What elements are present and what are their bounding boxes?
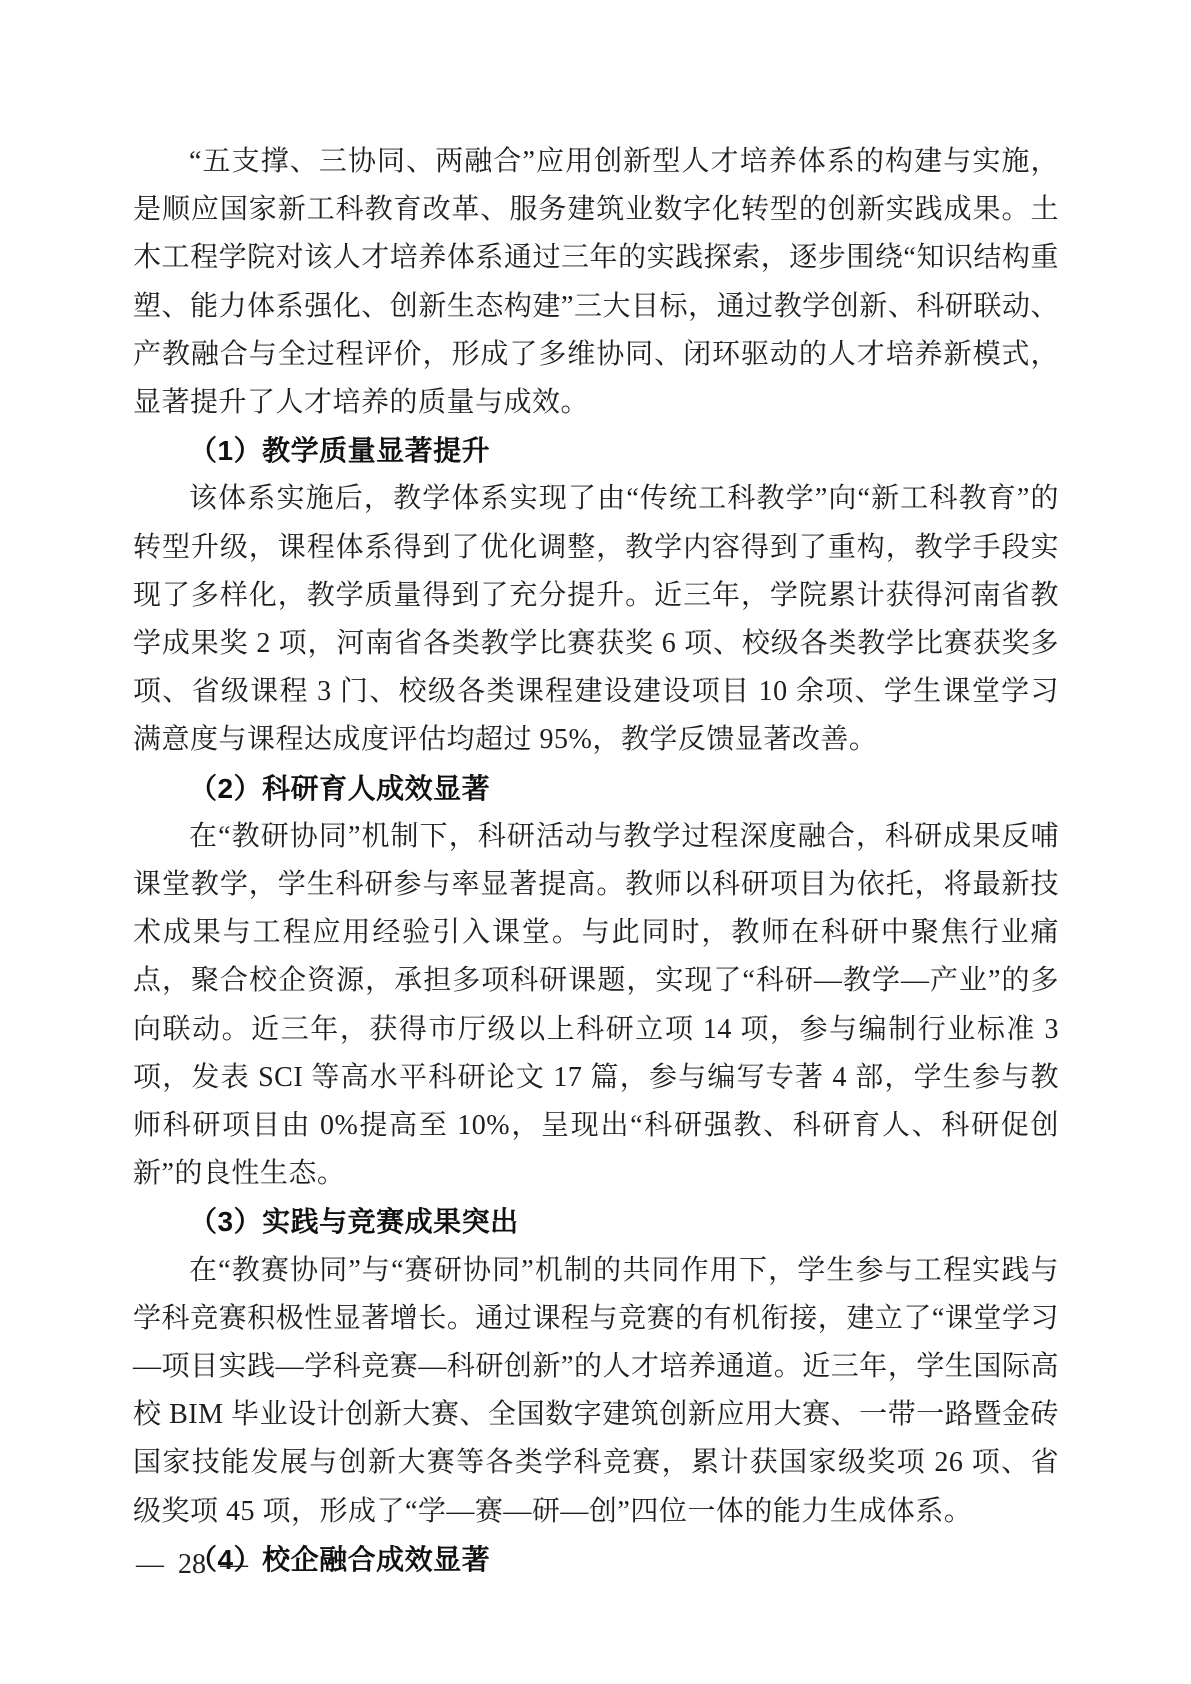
section-3-paragraph: 在“教赛协同”与“赛研协同”机制的共同作用下，学生参与工程实践与学科竞赛积极性显… — [133, 1247, 1059, 1536]
page-footer: — 28 — — [136, 1549, 248, 1581]
footer-dash-right: — — [220, 1549, 248, 1581]
section-4-heading: （4）校企融合成效显著 — [133, 1536, 1059, 1584]
section-1-heading: （1）教学质量显著提升 — [133, 427, 1059, 475]
section-3-heading: （3）实践与竞赛成果突出 — [133, 1198, 1059, 1246]
intro-paragraph: “五支撑、三协同、两融合”应用创新型人才培养体系的构建与实施，是顺应国家新工科教… — [133, 138, 1059, 427]
section-2-paragraph: 在“教研协同”机制下，科研活动与教学过程深度融合，科研成果反哺课堂教学，学生科研… — [133, 813, 1059, 1199]
section-1-paragraph: 该体系实施后，教学体系实现了由“传统工科教学”向“新工科教育”的转型升级，课程体… — [133, 475, 1059, 764]
page-number: 28 — [178, 1549, 206, 1581]
document-page: “五支撑、三协同、两融合”应用创新型人才培养体系的构建与实施，是顺应国家新工科教… — [0, 0, 1191, 1684]
footer-dash-left: — — [136, 1549, 164, 1581]
document-body: “五支撑、三协同、两融合”应用创新型人才培养体系的构建与实施，是顺应国家新工科教… — [133, 138, 1059, 1584]
section-2-heading: （2）科研育人成效显著 — [133, 765, 1059, 813]
